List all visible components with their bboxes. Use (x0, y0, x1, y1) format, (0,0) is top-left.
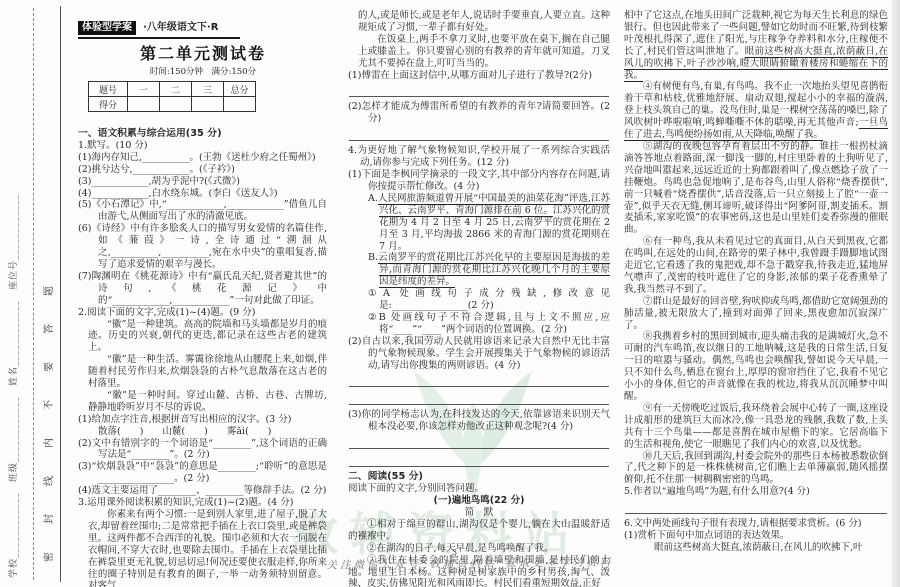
text-block: ②B 处画线句子不符合逻辑,且与上文不照应,应将“____”“____”两个词语… (348, 312, 610, 336)
text-block: (4)选文主要运用了________、________等修辞手法。(2 分) (78, 485, 327, 497)
text-block: ②在湖沟的日子,每天早晨,是鸟鸣唤醒了我。 (348, 543, 610, 555)
text-block: ①A 处画线句子成分残缺,修改意见是:________________(2 分) (348, 288, 610, 312)
text-block: A.人民网旅游频道曾开展“中国最美的油菜花海”评选,江苏兴化、云南罗平、青海门源… (348, 193, 610, 253)
text-block: 简 默 (348, 507, 610, 519)
text-block: (7)陶渊明在《桃花源诗》中有“嬴氏乱天纪,贤者避其世”的诗句,《桃花源记》中的… (78, 271, 327, 307)
brand-row: 体验型学案 ·八年级语文下·R (78, 15, 240, 39)
answer-line (349, 391, 609, 405)
answer-line (625, 500, 887, 514)
text-block: (1)下面是李枫同学摘录的一段文字,其中部分内容存在问题,请你按提示帮忙修改。(… (348, 169, 610, 193)
text-block: 的人,或是师长,或是老年人,说话时手要垂直,人要立直。这种规矩成了习惯,一辈子都… (348, 10, 610, 34)
paper-meta: 时间:150分钟 满分:150分 (78, 65, 328, 77)
column-1: 一、语文积累与综合运用(35 分)1.默写。(10 分)(1)海内存知己,___… (78, 128, 327, 587)
score-cell-empty (128, 97, 160, 112)
text-block: (3)____________,胡为乎泥中?(《式微》) (78, 176, 327, 188)
text-block: (1)赏析下面句中加点词语的表达效果。 (624, 530, 888, 542)
answer-line (349, 453, 609, 467)
text-block: (2)自古以来,我国劳动人民就用谚语来记录大自然中无比丰富的气象物候现象。学生会… (348, 336, 610, 372)
text-block: 相中了它这点,在地头田间广泛栽种,视它为每天生长利息的绿色银行。但也因此带来了一… (624, 10, 888, 81)
text-block: (5)《小石潭记》中,“____________,____________”借鱼… (78, 199, 327, 223)
text-block: “徽”是一种生活。雾霭徐徐地从山腰爬上来,如烟,伴随着村民劳作归来,炊烟袅袅的古… (78, 354, 327, 390)
text-block: 2.阅读下面的文字,完成(1)~(4)题。(9 分) (78, 307, 327, 319)
score-table-score-row: 得分 (89, 97, 256, 112)
answer-line (349, 83, 609, 97)
seal-solid-line (60, 6, 61, 582)
column-3: 相中了它这点,在地头田间广泛栽种,视它为每天生长利息的绿色银行。但也因此带来了一… (624, 10, 888, 554)
text-block: 散落( ) 山麓( ) 雾ǎi( ) (78, 426, 327, 438)
text-block: 1.默写。(10 分) (78, 140, 327, 152)
text-block: (1)海内存知己,__________。(王勃《送杜少府之任蜀州》) (78, 152, 327, 164)
text-block: (2)怎样才能成为傅雷所希望的有教养的青年?请简要回答。(2 分) (348, 101, 610, 125)
text-block: 在饭桌上,两手不拿刀叉时,也要平放在桌下,搁在自己腿上或膝盖上。你只要留心别的有… (348, 34, 610, 70)
text-block: “徽”是一种建筑。高高的院墙和马头墙都是岁月的痕迹。历史的兴衰,朝代的更迭,都记… (78, 319, 327, 355)
text-block: 一、语文积累与综合运用(35 分) (78, 128, 327, 140)
text-block: ⑨有一天傍晚吃过饭后,我环绕着会展中心转了一圈,这座设计成船形的建筑巨大而冰冷,… (624, 403, 888, 451)
text-block: ⑤湖沟的夜晚包容孕育着层出不穷的静。谁拄一根拐杖滴滴答答地点着路面,深一脚浅一脚… (624, 141, 888, 236)
text-block: 你素来有两个习惯:一是到别人家里,进了屋子,脱了大衣,却留着丝围巾;二是常常把手… (78, 509, 327, 587)
underlined-passage: 眼前这些树高大挺直,浓荫蔽日,在风儿的吹拂下,叶子沙沙响,瞪大眼睛俯瞰着楼房和蜷… (624, 46, 888, 81)
text-block: (2)文中有错别字的一个词语是“________”,这个词语的正确写法是“___… (78, 438, 327, 462)
brand-badge: 体验型学案 (78, 21, 136, 35)
text-block: (1)傅雷在上面这封信中,从哪方面对儿子进行了教导?(2分) (348, 70, 610, 82)
score-table: 题号 一 二 三 总分 得分 (88, 81, 256, 112)
text-block: 5.作者以“遍地鸟鸣”为题,有什么用意?(4 分) (624, 486, 888, 498)
text-block: (4)____________,白水绕东城。(李白《送友人》) (78, 188, 327, 200)
text-block: (1)给加点字注音,根据拼音写出相应的汉字。(3 分) (78, 414, 327, 426)
score-table-col: 二 (160, 82, 192, 97)
text-block: ④有树便有鸟,有巢,有鸟鸣。我不止一次地抬头望见喜鹊衔着干草和枯枝,优雅地舒展、… (624, 81, 888, 141)
exam-paper: 教辅资料站 学校____________ 班级____________ 姓名__… (0, 0, 900, 587)
footer-note: 关注微信公众号“教辅资料站”获取更多学习资料 (250, 554, 690, 574)
text-block: 3.运用课外阅读积累的知识,完成(1)~(2)题。(4 分) (78, 497, 327, 509)
text-block: 阅读下面的文字,分别回答问题。 (348, 483, 610, 495)
text-block: ⑩几天后,我回到湖沟,村委会院外的那些日本杨被悉数砍倒了,代之种下的是一株株桃树… (624, 451, 888, 487)
text-block: 6.文中两处画线句子很有表现力,请根据要求赏析。(6 分) (624, 518, 888, 530)
text-block: ①相对于绵亘的群山,湖沟仅是个婴儿,躺在大山温暖舒适的襁褓中。 (348, 519, 610, 543)
score-cell-empty (160, 97, 192, 112)
column-2: 的人,或是师长,或是老年人,说话时手要垂直,人要立直。这种规矩成了习惯,一辈子都… (348, 10, 610, 587)
series-label: ·八年级语文下·R (143, 22, 218, 33)
score-table-header-row: 题号 一 二 三 总分 (89, 82, 256, 97)
text-block: (一)遍地鸟鸣(22 分) (348, 495, 610, 507)
paper-title: 第二单元测试卷 (78, 41, 328, 64)
student-info-fields: 学校____________ 班级____________ 姓名________… (6, 12, 19, 578)
seal-warning-text: 密封线内不要答题 (40, 8, 55, 562)
answer-line (349, 435, 609, 449)
underlined-passage: 人民网旅游频道曾开展“中国最美的油菜花海”评选,江苏兴化、云南罗平、青海门源排在… (378, 193, 610, 216)
seal-dashed-line (33, 8, 34, 580)
text-block: ⑥有一种鸟,我从未看见过它的真面目,从白天到黑夜,它都在鸣叫,在远处的山间,在路… (624, 236, 888, 296)
text-block: 二、阅读(55 分) (348, 471, 610, 483)
text-block: 4.为更好地了解气象物候知识,学校开展了一系列综合实践活动,请你参与完成下列任务… (348, 145, 610, 169)
text-block: (3)你的同学杨志认为,在科技发达的今天,依靠谚语来识别天气根本没必要,你该怎样… (348, 409, 610, 433)
answer-line (349, 373, 609, 387)
text-block: “徽”是一种时间。穿过山麓、古桥、古巷、古牌坊,静静地聆听岁月不尽的诉说。 (78, 390, 327, 414)
text-block: (2)挑兮达兮,____________。(《子衿》) (78, 164, 327, 176)
underlined-passage: 云南罗平的赏花期比江苏兴化早的主要原因是海拔的差异,而青海门源的赏花期比江苏兴化… (378, 252, 610, 287)
score-cell-empty (224, 97, 256, 112)
score-table-col: 三 (192, 82, 224, 97)
text-block: B.云南罗平的赏花期比江苏兴化早的主要原因是海拔的差异,而青海门源的赏花期比江苏… (348, 252, 610, 288)
text-block: 眼前这些树高大挺直,浓荫蔽日,在风儿的吹拂下,叶 (624, 542, 888, 554)
text-block: ⑦群山是最好的回音壁,狗吠抑或鸟鸣,都借助它宽阔强劲的肺活量,被无限放大了,撞到… (624, 296, 888, 332)
text-block: (6)《诗经》中有许多脍炙人口的描写男女爱情的名篇佳作,如《蒹葭》一诗,全诗通过… (78, 223, 327, 271)
text-block: ⑧我携着乡村的黑回到城市,迎头痛击我的是满城灯火,急不可耐的汽车鸣笛,夜以继日的… (624, 331, 888, 402)
score-table-col: 一 (128, 82, 160, 97)
text-block: (3)“炊烟袅袅”中“袅袅”的意思是________;“聆听”的意思是_____… (78, 461, 327, 485)
score-cell-empty (192, 97, 224, 112)
answer-line (349, 127, 609, 141)
score-label: 得分 (89, 97, 128, 112)
score-table-corner: 题号 (89, 82, 128, 97)
page-edge (891, 0, 900, 587)
score-table-col: 总分 (224, 82, 256, 97)
underlined-passage: 一旦鸟住了进去,鸟鸣便纷扬如雨,从天降临,唤醒了我。 (624, 117, 888, 140)
